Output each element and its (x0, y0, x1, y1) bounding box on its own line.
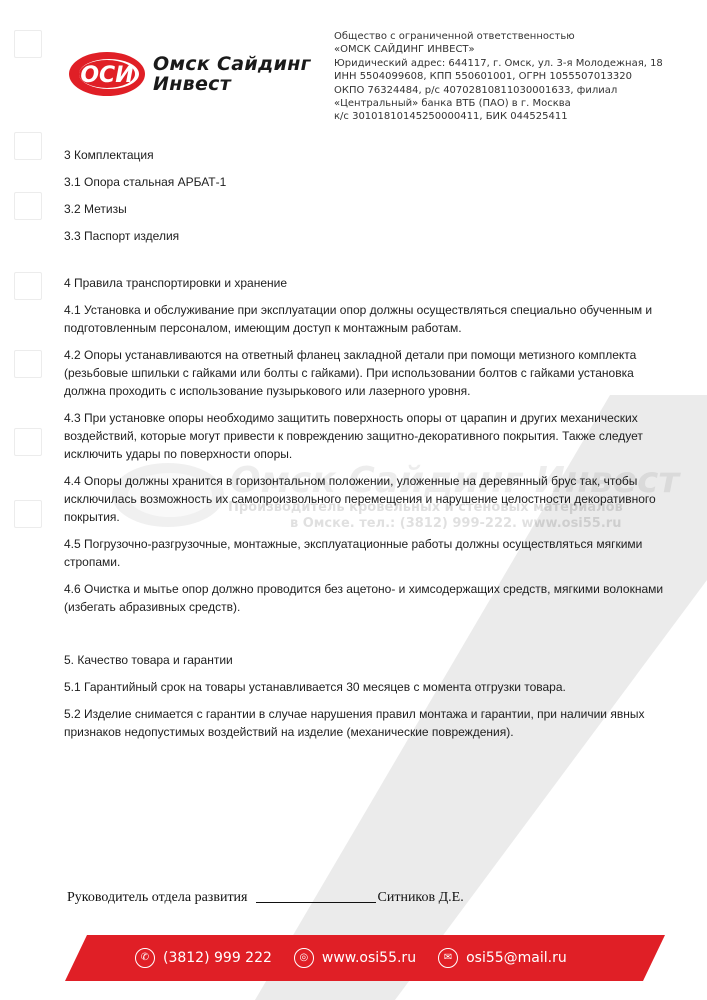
globe-icon: ◎ (294, 948, 314, 968)
logo-wordmark: Омск Сайдинг Инвест (153, 54, 311, 94)
paragraph: 4.1 Установка и обслуживание при эксплуа… (64, 301, 664, 337)
paragraph: 4.3 При установке опоры необходимо защит… (64, 409, 664, 463)
background-icon-pattern (10, 20, 70, 620)
logo-mark-icon: ОСИ (67, 50, 147, 98)
paragraph: 4.6 Очистка и мытье опор должно проводит… (64, 580, 664, 616)
paragraph: 4.5 Погрузочно-разгрузочные, монтажные, … (64, 535, 664, 571)
svg-text:ОСИ: ОСИ (80, 63, 133, 88)
footer-phone[interactable]: ✆ (3812) 999 222 (135, 948, 272, 968)
footer-website-text: www.osi55.ru (322, 950, 416, 966)
footer-email-link[interactable]: ✉ osi55@mail.ru (438, 948, 567, 968)
company-line: «Центральный» банка ВТБ (ПАО) в г. Москв… (334, 97, 663, 110)
paragraph: 5.1 Гарантийный срок на товары устанавли… (64, 678, 664, 696)
list-item: 3.1 Опора стальная АРБАТ-1 (64, 173, 664, 191)
document-body: 3 Комплектация 3.1 Опора стальная АРБАТ-… (64, 146, 664, 750)
logo-line-2: Инвест (153, 74, 311, 94)
footer-website-link[interactable]: ◎ www.osi55.ru (294, 948, 416, 968)
company-line: «ОМСК САЙДИНГ ИНВЕСТ» (334, 43, 663, 56)
list-item: 3.2 Метизы (64, 200, 664, 218)
company-line: Юридический адрес: 644117, г. Омск, ул. … (334, 57, 663, 70)
paragraph: 4.2 Опоры устанавливаются на ответный фл… (64, 346, 664, 400)
signature-block: Руководитель отдела развития Ситников Д.… (67, 888, 464, 906)
section-4-heading: 4 Правила транспортировки и хранение (64, 274, 664, 292)
footer-contacts-band: ✆ (3812) 999 222 ◎ www.osi55.ru ✉ osi55@… (65, 935, 665, 981)
company-logo: ОСИ Омск Сайдинг Инвест (67, 50, 311, 98)
footer-phone-text: (3812) 999 222 (163, 950, 272, 966)
phone-icon: ✆ (135, 948, 155, 968)
company-line: Общество с ограниченной ответственностью (334, 30, 663, 43)
paragraph: 4.4 Опоры должны хранится в горизонтальн… (64, 472, 664, 526)
section-3-heading: 3 Комплектация (64, 146, 664, 164)
paragraph: 5.2 Изделие снимается с гарантии в случа… (64, 705, 664, 741)
company-line: ОКПО 76324484, р/с 40702810811030001633,… (334, 84, 663, 97)
list-item: 3.3 Паспорт изделия (64, 227, 664, 245)
company-line: ИНН 5504099608, КПП 550601001, ОГРН 1055… (334, 70, 663, 83)
signature-position: Руководитель отдела развития (67, 890, 248, 906)
mail-icon: ✉ (438, 948, 458, 968)
company-requisites: Общество с ограниченной ответственностью… (334, 30, 663, 124)
logo-line-1: Омск Сайдинг (153, 54, 311, 74)
footer-email-text: osi55@mail.ru (466, 950, 567, 966)
signature-line (256, 888, 376, 903)
section-5-heading: 5. Качество товара и гарантии (64, 651, 664, 669)
company-line: к/с 30101810145250000411, БИК 044525411 (334, 110, 663, 123)
signature-name: Ситников Д.Е. (378, 890, 464, 906)
